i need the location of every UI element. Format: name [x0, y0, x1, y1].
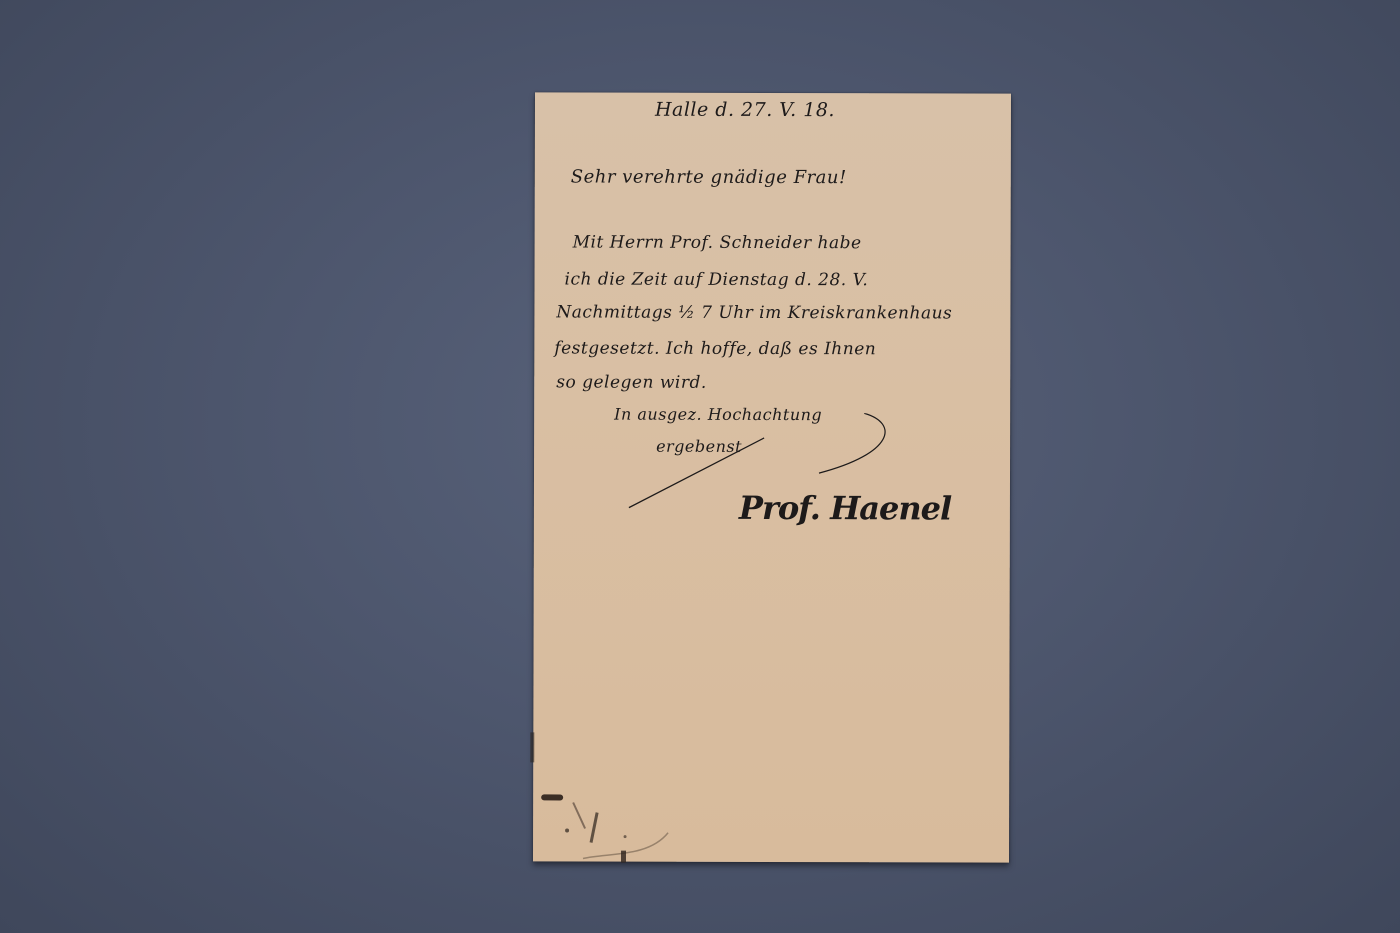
body-line-4: festgesetzt. Ich hoffe, daß es Ihnen [554, 338, 876, 359]
signature: Prof. Haenel [739, 489, 951, 528]
body-line-3: Nachmittags ½ 7 Uhr im Kreiskrankenhaus [556, 302, 952, 323]
body-line-5: so gelegen wird. [556, 372, 707, 392]
body-line-1: Mit Herrn Prof. Schneider habe [573, 232, 862, 253]
postcard: Halle d. 27. V. 18. Sehr verehrte gnädig… [533, 92, 1011, 862]
edge-mark [530, 732, 534, 762]
date-line: Halle d. 27. V. 18. [655, 99, 835, 121]
body-line-2: ich die Zeit auf Dienstag d. 28. V. [564, 269, 868, 290]
ink-smudge [541, 794, 563, 800]
body-line-3-text: Nachmittags ½ 7 Uhr im Kreiskrankenhaus [556, 302, 952, 323]
salutation: Sehr verehrte gnädige Frau! [571, 166, 847, 188]
postmark-fragment-icon [563, 792, 673, 862]
body-line-2-text: ich die Zeit auf Dienstag d. 28. V. [564, 269, 868, 290]
